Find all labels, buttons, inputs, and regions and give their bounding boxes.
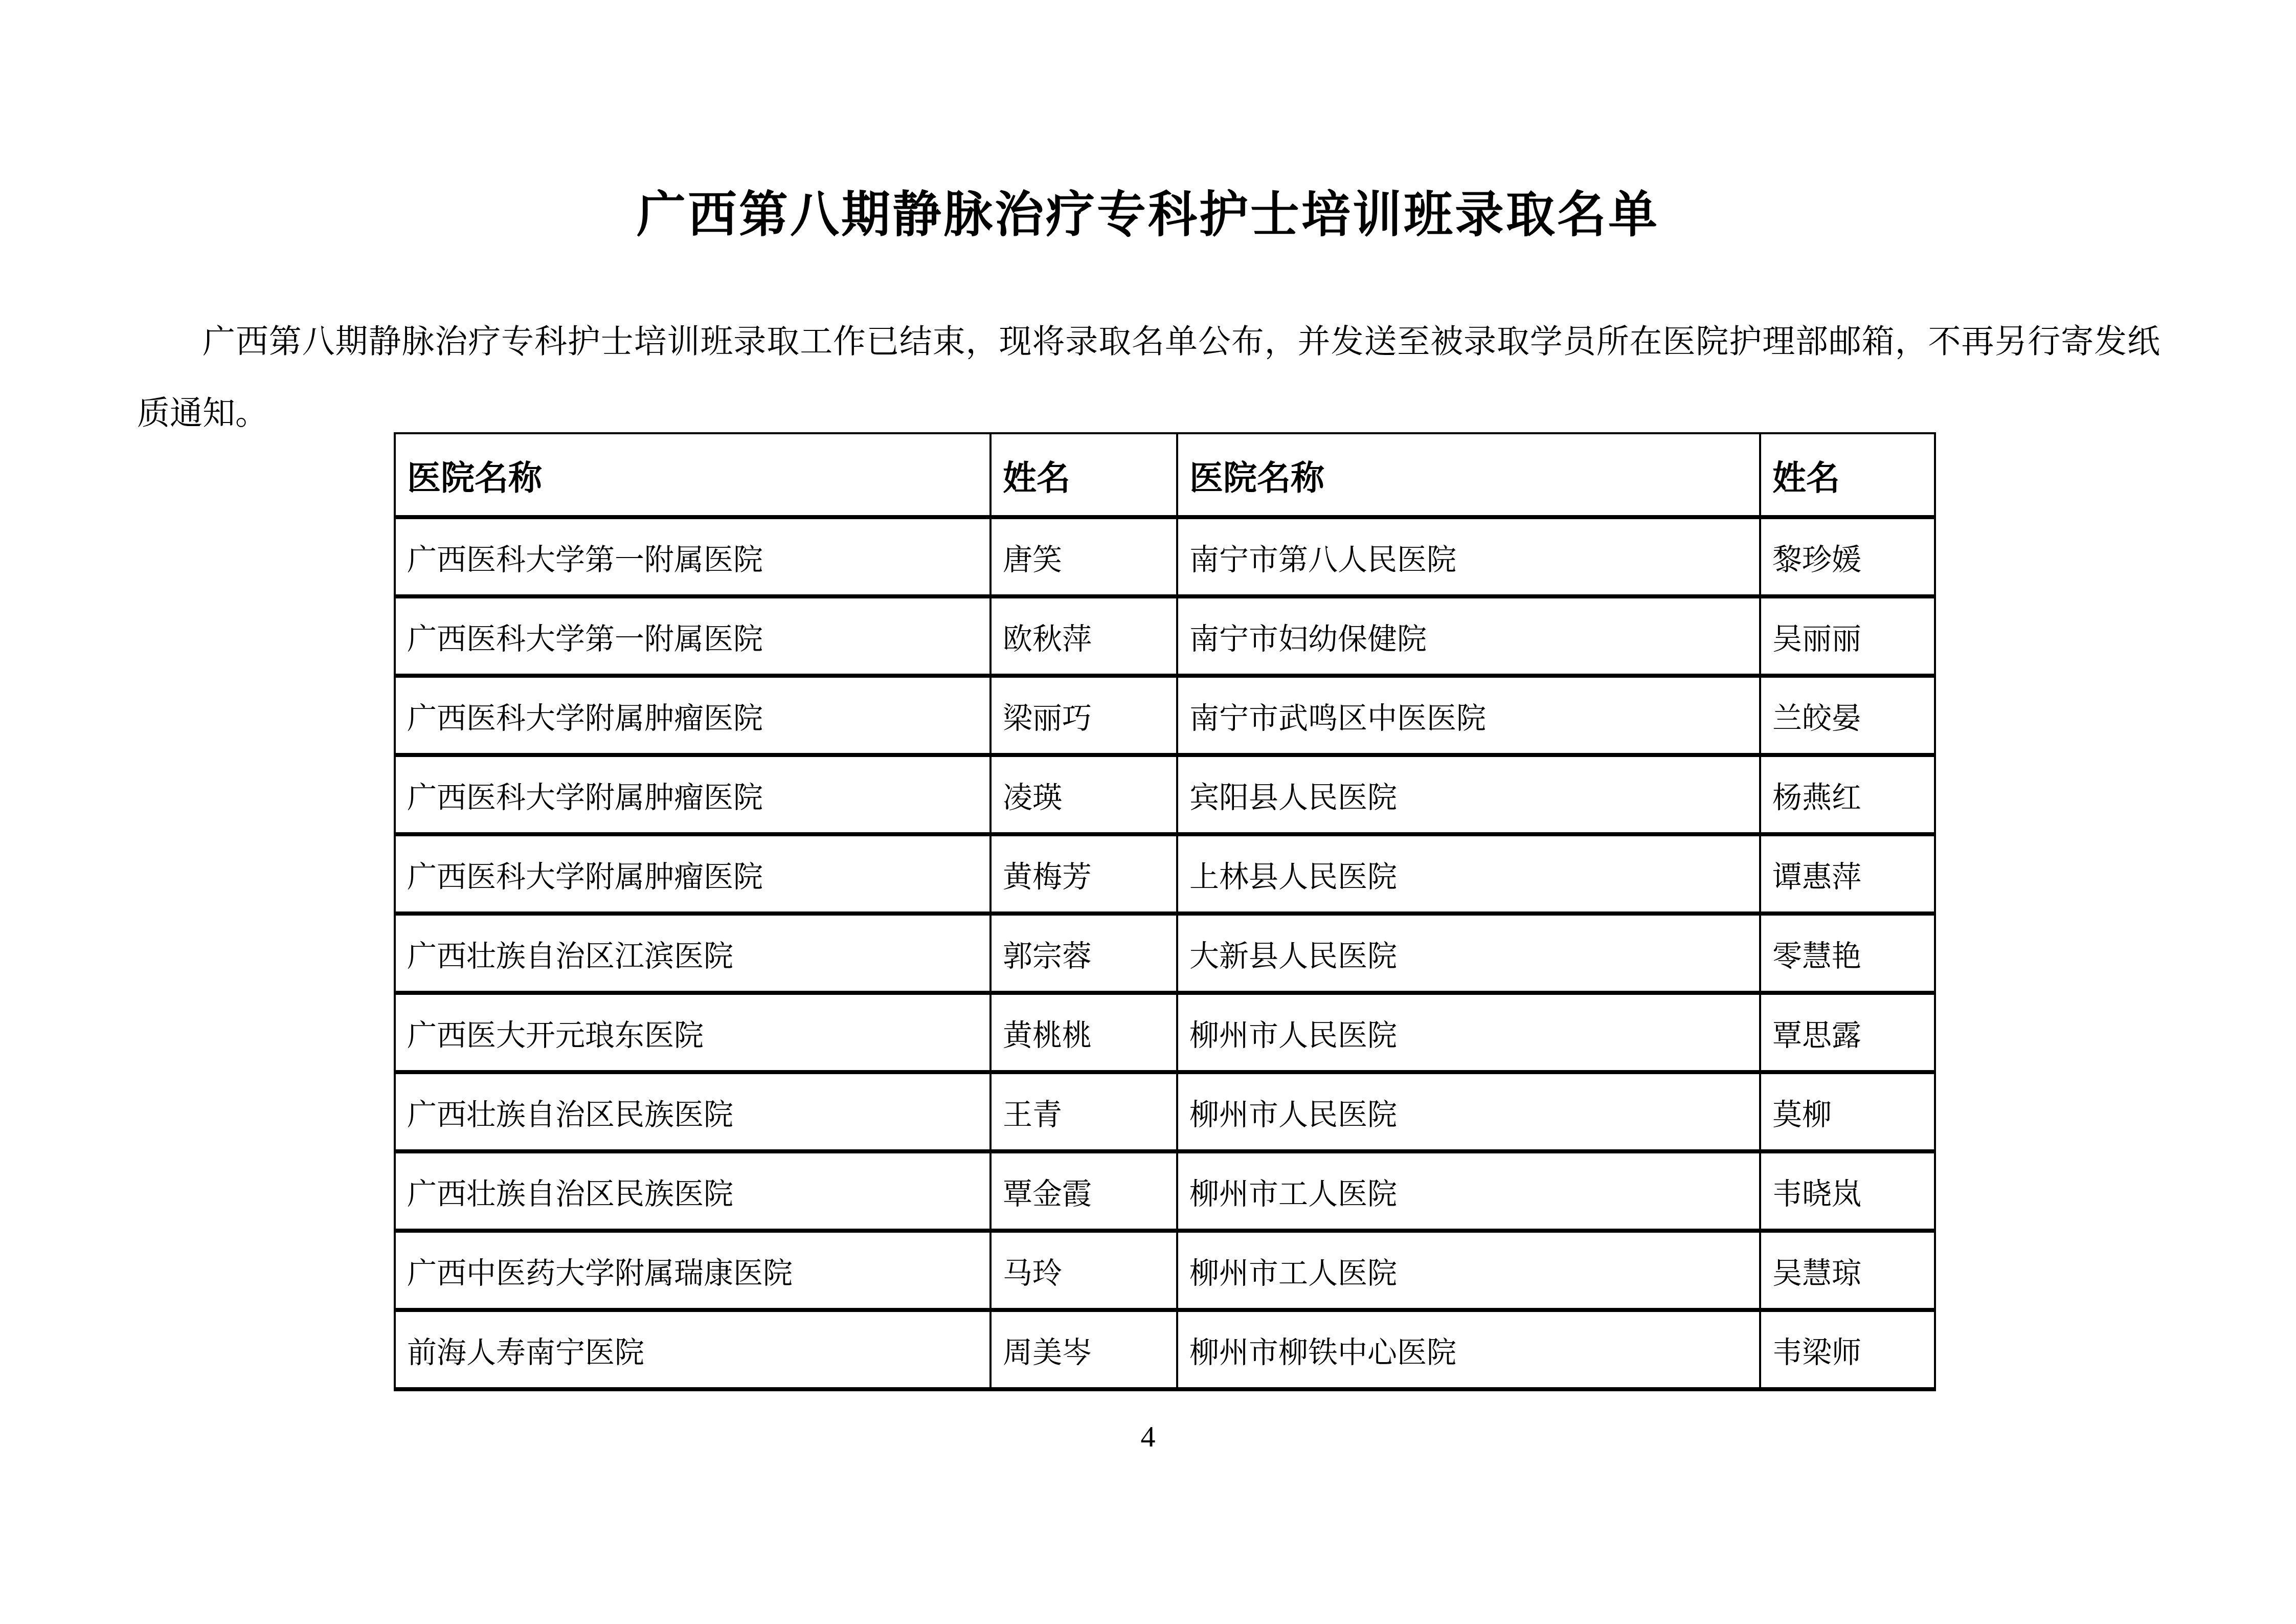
table-header-row: 医院名称 姓名 医院名称 姓名 [395,433,1935,517]
name-cell: 唐笑 [991,517,1177,596]
hospital-cell: 南宁市妇幼保健院 [1177,596,1760,676]
name-cell: 黄桃桃 [991,993,1177,1072]
hospital-cell: 大新县人民医院 [1177,914,1760,993]
table-row: 广西中医药大学附属瑞康医院 马玲 柳州市工人医院 吴慧琼 [395,1231,1935,1310]
hospital-cell: 宾阳县人民医院 [1177,755,1760,834]
hospital-cell: 上林县人民医院 [1177,834,1760,914]
hospital-cell: 南宁市武鸣区中医医院 [1177,676,1760,755]
table-row: 广西壮族自治区江滨医院 郭宗蓉 大新县人民医院 零慧艳 [395,914,1935,993]
table-row: 广西医科大学附属肿瘤医院 黄梅芳 上林县人民医院 谭惠萍 [395,834,1935,914]
hospital-cell: 广西壮族自治区江滨医院 [395,914,991,993]
hospital-cell: 柳州市人民医院 [1177,993,1760,1072]
table-row: 广西医科大学第一附属医院 欧秋萍 南宁市妇幼保健院 吴丽丽 [395,596,1935,676]
name-cell: 马玲 [991,1231,1177,1310]
name-cell: 零慧艳 [1760,914,1935,993]
name-cell: 兰皎晏 [1760,676,1935,755]
intro-paragraph: 广西第八期静脉治疗专科护士培训班录取工作已结束，现将录取名单公布，并发送至被录取… [137,306,2160,449]
name-cell: 莫柳 [1760,1072,1935,1151]
table-row: 广西医大开元琅东医院 黄桃桃 柳州市人民医院 覃思露 [395,993,1935,1072]
hospital-cell: 广西壮族自治区民族医院 [395,1072,991,1151]
name-cell: 吴慧琼 [1760,1231,1935,1310]
col-header-name-right: 姓名 [1760,433,1935,517]
col-header-hospital-left: 医院名称 [395,433,991,517]
name-cell: 吴丽丽 [1760,596,1935,676]
admission-table: 医院名称 姓名 医院名称 姓名 广西医科大学第一附属医院 唐笑 南宁市第八人民医… [394,432,1936,1391]
table-row: 广西医科大学附属肿瘤医院 凌瑛 宾阳县人民医院 杨燕红 [395,755,1935,834]
hospital-cell: 广西医科大学第一附属医院 [395,517,991,596]
hospital-cell: 广西医科大学附属肿瘤医院 [395,755,991,834]
hospital-cell: 柳州市柳铁中心医院 [1177,1310,1760,1389]
name-cell: 黄梅芳 [991,834,1177,914]
col-header-name-left: 姓名 [991,433,1177,517]
name-cell: 杨燕红 [1760,755,1935,834]
page-number: 4 [0,1419,2296,1454]
page-title: 广西第八期静脉治疗专科护士培训班录取名单 [0,174,2296,256]
hospital-cell: 柳州市人民医院 [1177,1072,1760,1151]
hospital-cell: 柳州市工人医院 [1177,1231,1760,1310]
table-row: 广西壮族自治区民族医院 覃金霞 柳州市工人医院 韦晓岚 [395,1151,1935,1231]
hospital-cell: 前海人寿南宁医院 [395,1310,991,1389]
hospital-cell: 柳州市工人医院 [1177,1151,1760,1231]
name-cell: 韦梁师 [1760,1310,1935,1389]
name-cell: 凌瑛 [991,755,1177,834]
hospital-cell: 广西医科大学第一附属医院 [395,596,991,676]
name-cell: 周美岑 [991,1310,1177,1389]
table-row: 广西医科大学附属肿瘤医院 梁丽巧 南宁市武鸣区中医医院 兰皎晏 [395,676,1935,755]
table-row: 广西壮族自治区民族医院 王青 柳州市人民医院 莫柳 [395,1072,1935,1151]
name-cell: 梁丽巧 [991,676,1177,755]
name-cell: 韦晓岚 [1760,1151,1935,1231]
hospital-cell: 广西中医药大学附属瑞康医院 [395,1231,991,1310]
name-cell: 覃金霞 [991,1151,1177,1231]
table-row: 前海人寿南宁医院 周美岑 柳州市柳铁中心医院 韦梁师 [395,1310,1935,1389]
name-cell: 郭宗蓉 [991,914,1177,993]
name-cell: 欧秋萍 [991,596,1177,676]
name-cell: 王青 [991,1072,1177,1151]
col-header-hospital-right: 医院名称 [1177,433,1760,517]
hospital-cell: 广西壮族自治区民族医院 [395,1151,991,1231]
name-cell: 谭惠萍 [1760,834,1935,914]
hospital-cell: 广西医大开元琅东医院 [395,993,991,1072]
hospital-cell: 广西医科大学附属肿瘤医院 [395,834,991,914]
hospital-cell: 南宁市第八人民医院 [1177,517,1760,596]
name-cell: 黎珍媛 [1760,517,1935,596]
table-row: 广西医科大学第一附属医院 唐笑 南宁市第八人民医院 黎珍媛 [395,517,1935,596]
name-cell: 覃思露 [1760,993,1935,1072]
document-page: 广西第八期静脉治疗专科护士培训班录取名单 广西第八期静脉治疗专科护士培训班录取工… [0,0,2296,1624]
hospital-cell: 广西医科大学附属肿瘤医院 [395,676,991,755]
